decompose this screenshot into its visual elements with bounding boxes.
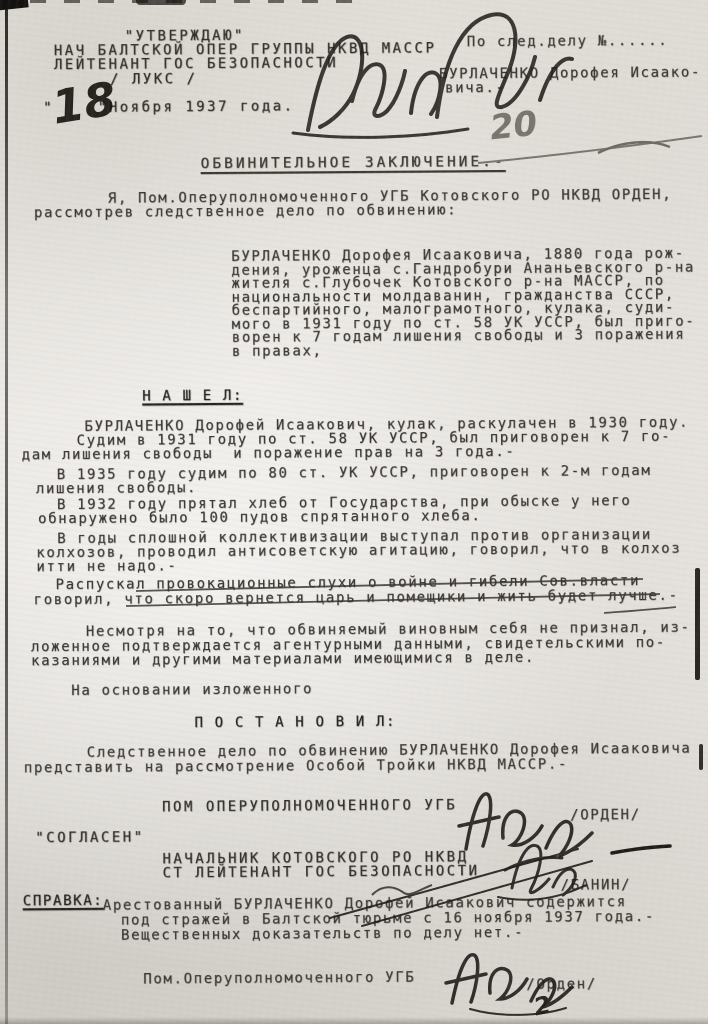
finding-line: итти не надо.- (36, 559, 177, 574)
scan-edge-blob (136, 0, 186, 5)
case-name-line: вича.- (445, 81, 506, 95)
basis-line: На основании изложенного (71, 682, 313, 698)
typewritten-content: "УТВЕРЖДАЮ" НАЧ БАЛТСКОЙ ОПЕР ГРУППЫ НКВ… (0, 0, 708, 1024)
signatory-name: /БАНИН/ (561, 878, 632, 892)
spravka-label: СПРАВКА: (23, 894, 104, 909)
spravka-line: Вещественных доказательств по делу нет.- (121, 926, 524, 943)
intro-line: рассмотрев следственное дело по обвинени… (34, 203, 457, 220)
agreed-label: "СОГЛАСЕН" (35, 830, 144, 845)
signatory-title: ПОМ ОПЕРУПОЛНОМОЧЕННОГО УГБ (162, 798, 457, 814)
finding-line: колхозов, проводил антисоветскую агитаци… (36, 542, 681, 561)
finding-line: В 1935 году судим по 80 ст. УК УССР, при… (57, 464, 652, 482)
finding-line: обнаружено было 100 пудов спрятанного хл… (38, 509, 482, 526)
case-name-line: БУРЛАЧЕНКО Дорофея Исаако- (439, 66, 701, 82)
date-line: " "Ноября 1937 года. (43, 99, 294, 115)
org-line: ЛЕЙТЕНАНТ ГОС БЕЗОПАСНОСТИ (54, 56, 338, 72)
accused-line: в правах, (232, 344, 323, 359)
signer-name: / ЛУКС / (110, 72, 198, 87)
document-page: "УТВЕРЖДАЮ" НАЧ БАЛТСКОЙ ОПЕР ГРУППЫ НКВ… (0, 0, 708, 1024)
document-title: ОБВИНИТЕЛЬНОЕ ЗАКЛЮЧЕНИЕ.- (201, 155, 506, 171)
conclusion-line: казаниями и другими материалами имеющими… (31, 651, 535, 669)
postanovil-heading: П О С Т А Н О В И Л: (194, 715, 396, 730)
signatory-name: /ОРДЕН/ (570, 808, 641, 822)
signatory-title: Пом.Оперуполномоченного УГБ (143, 971, 415, 987)
case-number-line: По след.делу №...... (467, 34, 669, 49)
finding-line: лишения свободы. (36, 481, 197, 496)
finding-line: говорил, что скоро вернется царь и помещ… (34, 589, 679, 608)
signatory-name: /Орден/ (526, 977, 597, 991)
finding-line: дам лишения свободы и поражение прав на … (22, 445, 516, 462)
nashel-heading: Н А Ш Е Л: (142, 389, 243, 404)
scan-edge-top (30, 0, 370, 3)
decision-line: представить на рассмотрение Особой Тройк… (24, 758, 568, 776)
scan-edge-bottom (0, 1017, 708, 1024)
scan-edge-left (5, 0, 8, 1024)
accused-line: ворен к 7 годам лишения свободы и 3 пора… (232, 328, 686, 345)
signatory-title: СТ ЛЕЙТЕНАНТ ГОС БЕЗОПАСНОСТИ (162, 864, 479, 880)
